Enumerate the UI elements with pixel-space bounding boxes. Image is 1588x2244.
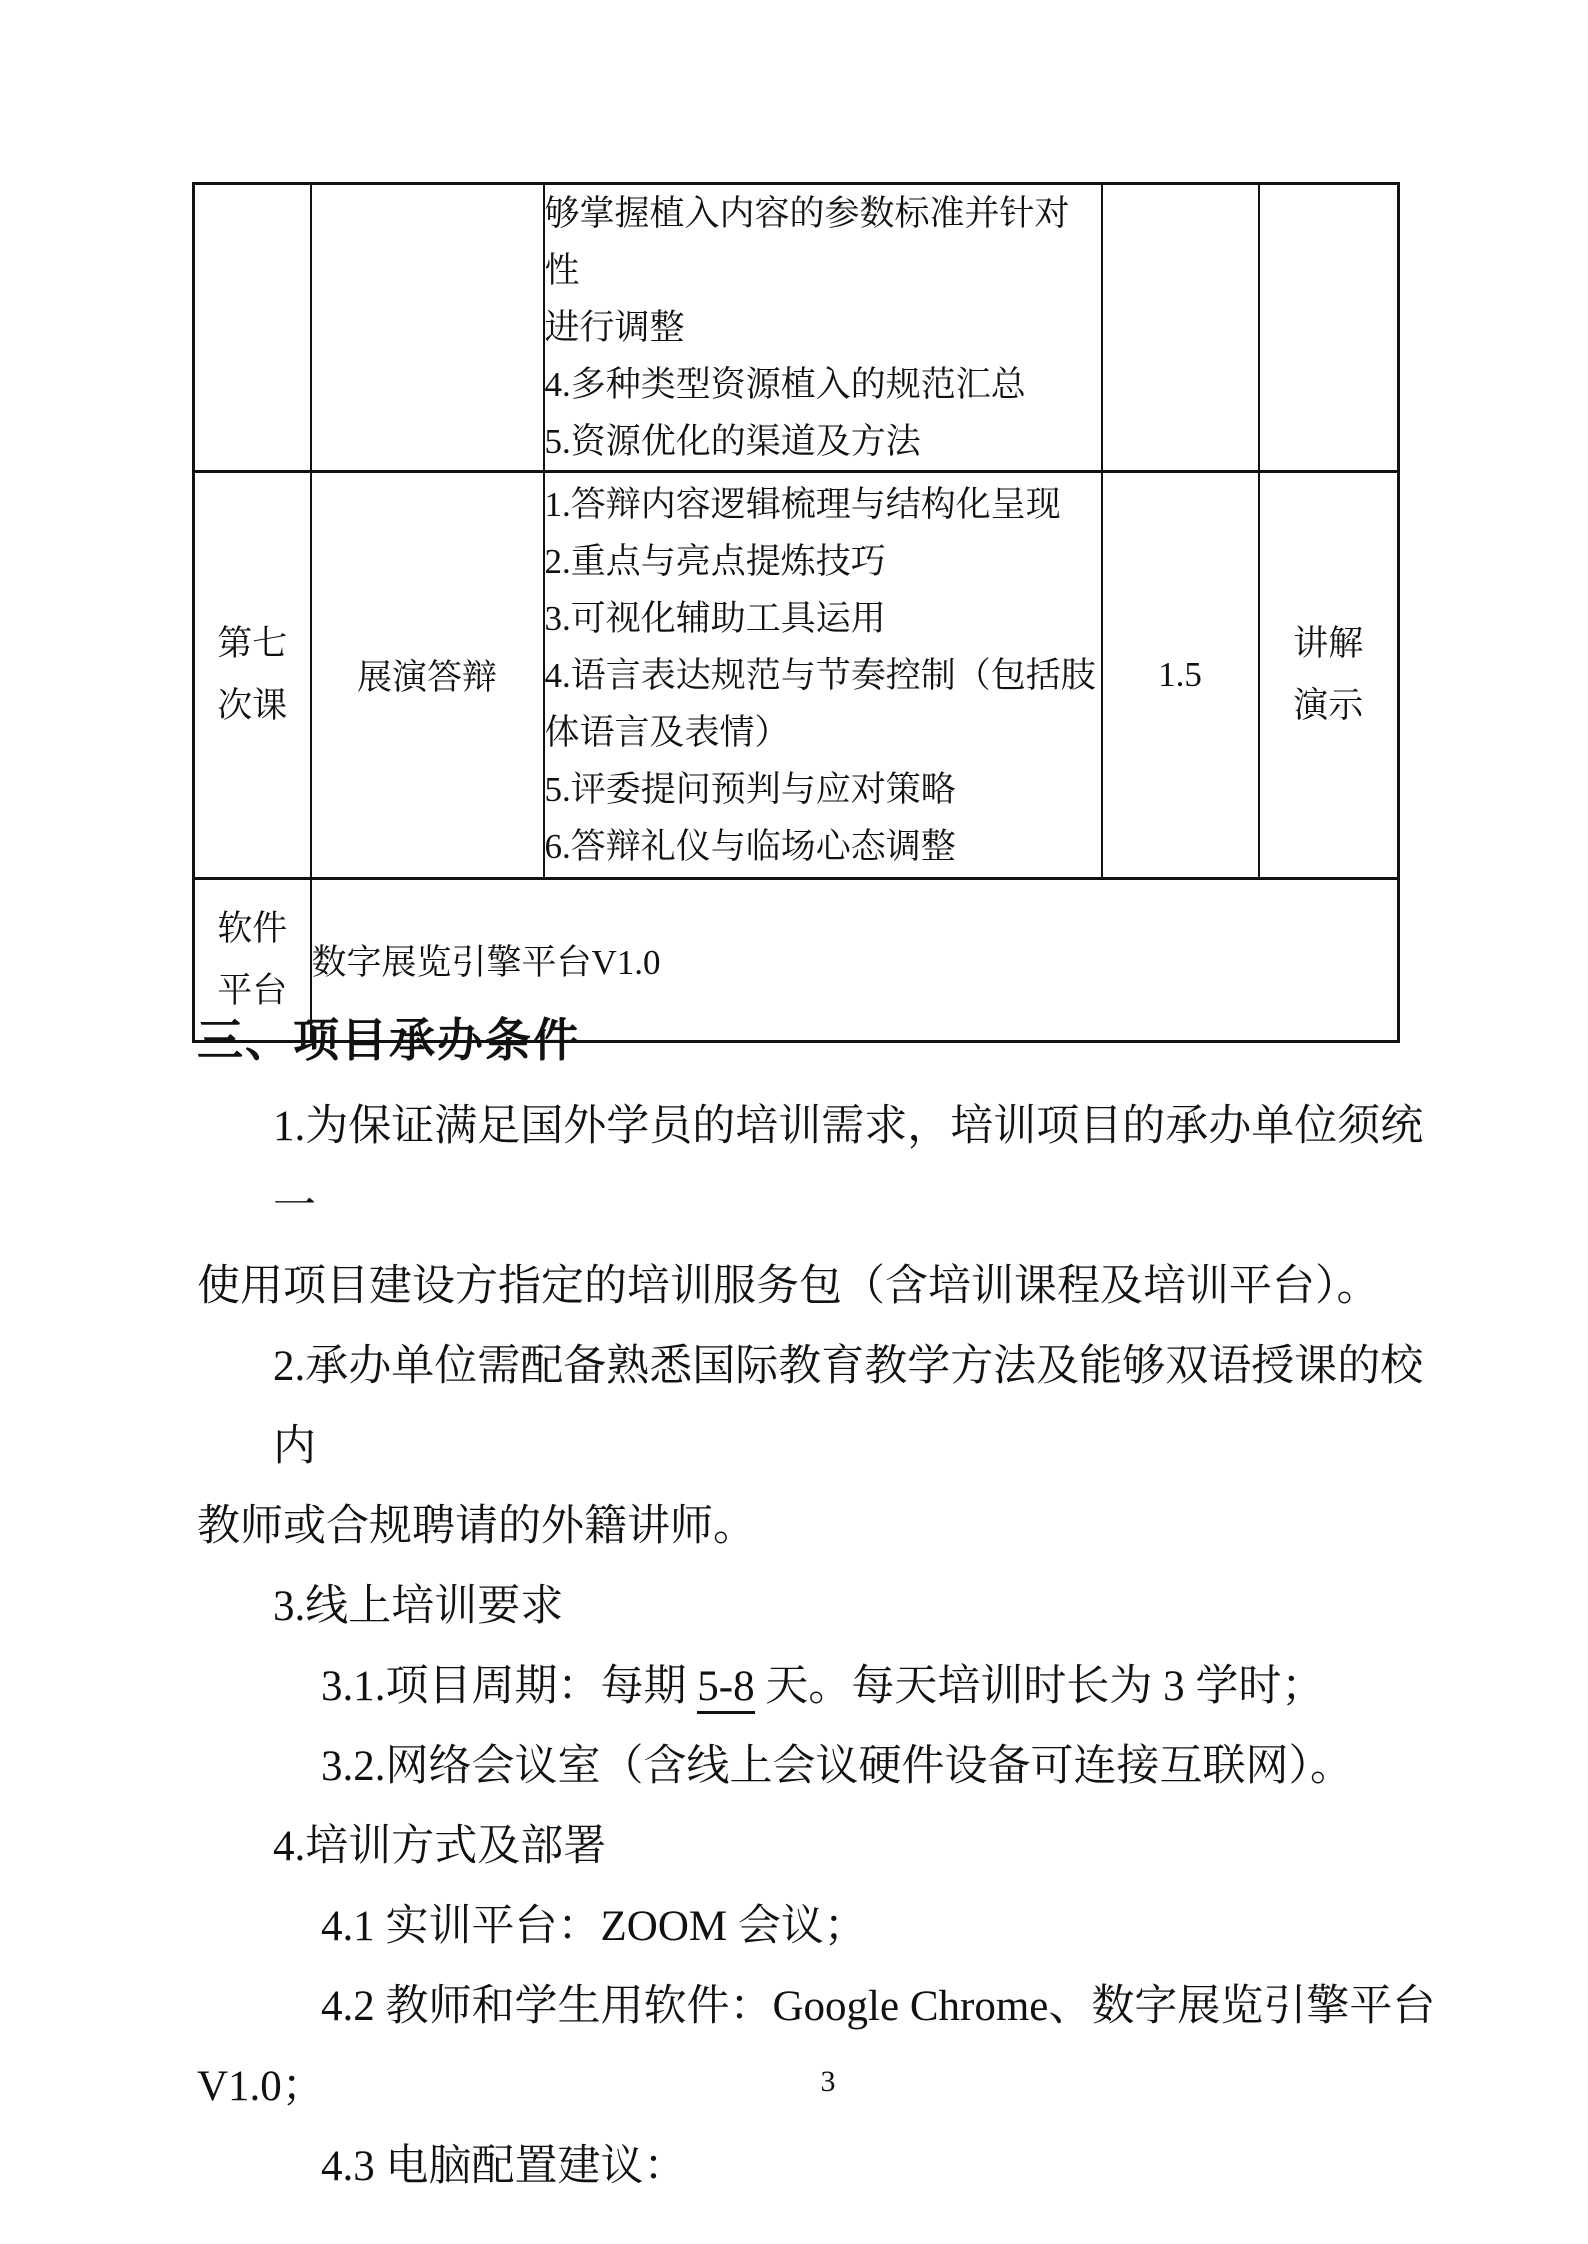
course-schedule-table: 够掌握植入内容的参数标准并针对性 进行调整 4.多种类型资源植入的规范汇总 5.…	[192, 182, 1400, 1043]
method-line: 讲解	[1260, 613, 1398, 675]
content-line: 体语言及表情）	[545, 704, 1101, 761]
method-cell	[1259, 184, 1399, 472]
content-line: 5.评委提问预判与应对策略	[545, 761, 1101, 818]
body-line: 3.1.项目周期：每期 5-8 天。每天培训时长为 3 学时；	[197, 1647, 1459, 1727]
document-page: 够掌握植入内容的参数标准并针对性 进行调整 4.多种类型资源植入的规范汇总 5.…	[0, 0, 1588, 2244]
content-line: 5.资源优化的渠道及方法	[545, 413, 1101, 470]
content-line: 2.重点与亮点提炼技巧	[545, 533, 1101, 590]
content-cell: 够掌握植入内容的参数标准并针对性 进行调整 4.多种类型资源植入的规范汇总 5.…	[544, 184, 1102, 472]
platform-label-line: 软件	[195, 898, 310, 960]
body-line: 3.2.网络会议室（含线上会议硬件设备可连接互联网）。	[197, 1727, 1459, 1807]
body-line-segment: 天。每天培训时长为 3 学时；	[755, 1663, 1325, 1710]
body-line: 4.培训方式及部署	[197, 1807, 1459, 1887]
session-line: 第七	[195, 613, 310, 675]
body-line: 3.线上培训要求	[197, 1567, 1459, 1647]
body-line: 2.承办单位需配备熟悉国际教育教学方法及能够双语授课的校内	[197, 1327, 1459, 1487]
body-line: 4.2 教师和学生用软件：Google Chrome、数字展览引擎平台	[197, 1967, 1459, 2047]
hours-cell	[1102, 184, 1259, 472]
content-line: 4.语言表达规范与节奏控制（包括肢	[545, 647, 1101, 704]
content-line: 4.多种类型资源植入的规范汇总	[545, 356, 1101, 413]
course-cell	[311, 184, 544, 472]
session-cell: 第七 次课	[194, 472, 311, 879]
method-line: 演示	[1260, 675, 1398, 737]
table-row-continuation: 够掌握植入内容的参数标准并针对性 进行调整 4.多种类型资源植入的规范汇总 5.…	[194, 184, 1399, 472]
content-line: 6.答辩礼仪与临场心态调整	[545, 818, 1101, 875]
page-number: 3	[197, 2062, 1459, 2102]
body-line: 4.3 电脑配置建议：	[197, 2127, 1459, 2207]
body-line-segment: 3.1.项目周期：每期	[321, 1663, 697, 1710]
underlined-text: 5-8	[697, 1663, 754, 1714]
session-cell	[194, 184, 311, 472]
body-line: 1.为保证满足国外学员的培训需求，培训项目的承办单位须统一	[197, 1087, 1459, 1247]
section-heading: 三、项目承办条件	[197, 1012, 581, 1070]
content-line: 进行调整	[545, 299, 1101, 356]
session-line: 次课	[195, 675, 310, 737]
course-cell: 展演答辩	[311, 472, 544, 879]
content-line: 1.答辩内容逻辑梳理与结构化呈现	[545, 476, 1101, 533]
body-text: 1.为保证满足国外学员的培训需求，培训项目的承办单位须统一 使用项目建设方指定的…	[197, 1087, 1459, 2207]
content-line: 够掌握植入内容的参数标准并针对性	[545, 185, 1101, 299]
body-line: 4.1 实训平台：ZOOM 会议；	[197, 1887, 1459, 1967]
table-row-lesson7: 第七 次课 展演答辩 1.答辩内容逻辑梳理与结构化呈现 2.重点与亮点提炼技巧 …	[194, 472, 1399, 879]
body-line: 使用项目建设方指定的培训服务包（含培训课程及培训平台）。	[197, 1247, 1459, 1327]
hours-cell: 1.5	[1102, 472, 1259, 879]
method-cell: 讲解 演示	[1259, 472, 1399, 879]
content-line: 3.可视化辅助工具运用	[545, 590, 1101, 647]
body-line: 教师或合规聘请的外籍讲师。	[197, 1487, 1459, 1567]
content-cell: 1.答辩内容逻辑梳理与结构化呈现 2.重点与亮点提炼技巧 3.可视化辅助工具运用…	[544, 472, 1102, 879]
